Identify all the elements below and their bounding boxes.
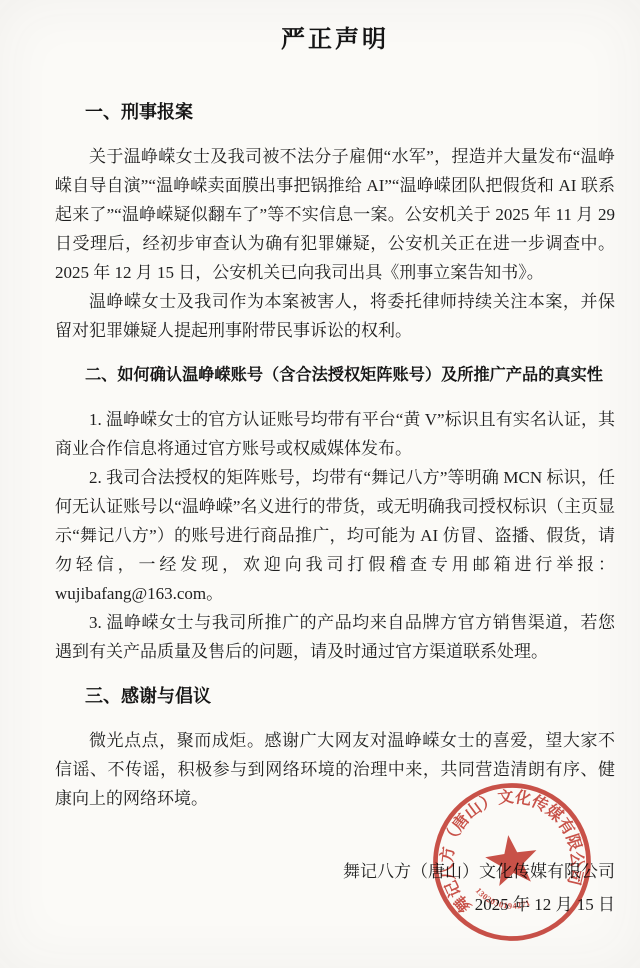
section-1-heading: 一、刑事报案 [55, 98, 615, 127]
section-2-item-3: 3. 温峥嵘女士与我司所推广的产品均来自品牌方官方销售渠道，若您遇到有关产品质量… [55, 608, 615, 666]
section-2-heading: 二、如何确认温峥嵘账号（含合法授权矩阵账号）及所推广产品的真实性 [55, 361, 615, 390]
statement-document: 严正声明 一、刑事报案 关于温峥嵘女士及我司被不法分子雇佣“水军”，捏造并大量发… [0, 0, 640, 968]
document-title: 严正声明 [55, 24, 615, 56]
section-1-paragraph-1: 关于温峥嵘女士及我司被不法分子雇佣“水军”，捏造并大量发布“温峥嵘自导自演”“温… [55, 142, 615, 287]
signature-date: 2025 年 12 月 15 日 [55, 892, 615, 918]
section-1-paragraph-2: 温峥嵘女士及我司作为本案被害人，将委托律师持续关注本案，并保留对犯罪嫌疑人提起刑… [55, 287, 615, 345]
section-3-paragraph-1: 微光点点，聚而成炬。感谢广大网友对温峥嵘女士的喜爱，望大家不信谣、不传谣，积极参… [55, 726, 615, 813]
signature-company-name: 舞记八方（唐山）文化传媒有限公司 [55, 857, 615, 886]
section-2-item-2: 2. 我司合法授权的矩阵账号，均带有“舞记八方”等明确 MCN 标识，任何无认证… [55, 463, 615, 608]
section-2-item-1: 1. 温峥嵘女士的官方认证账号均带有平台“黄 V”标识且有实名认证，其商业合作信… [55, 405, 615, 463]
section-3-heading: 三、感谢与倡议 [55, 682, 615, 711]
